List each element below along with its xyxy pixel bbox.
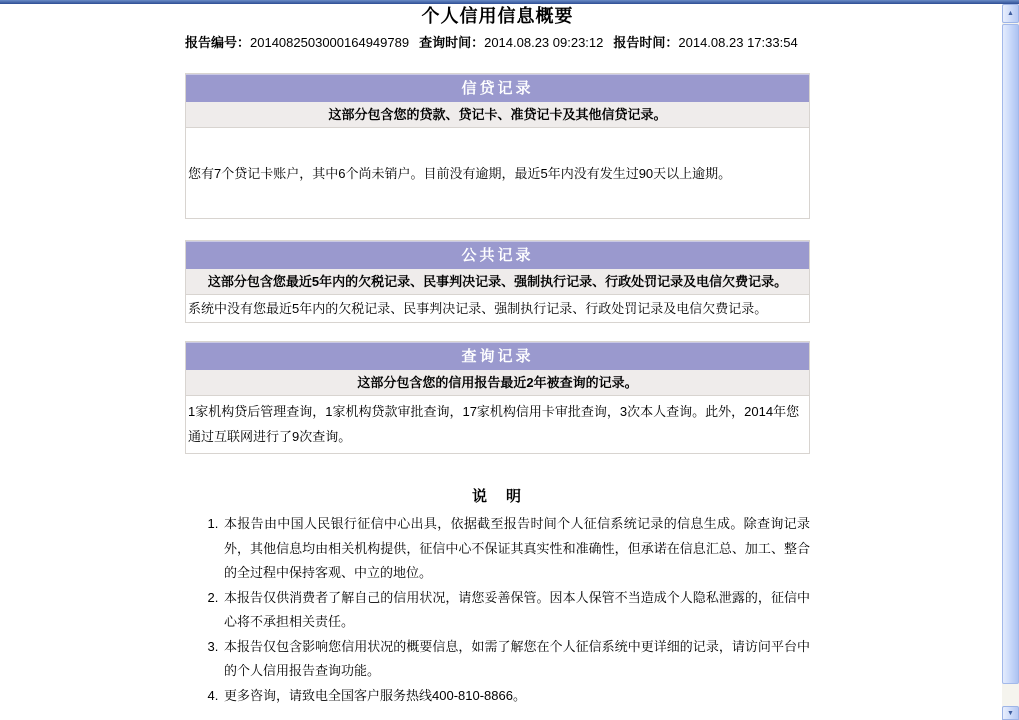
notes-list: 本报告由中国人民银行征信中心出具，依据截至报告时间个人征信系统记录的信息生成。除… — [185, 512, 810, 708]
section-query-records: 查询记录 这部分包含您的信用报告最近2年被查询的记录。 1家机构贷后管理查询，1… — [185, 341, 810, 454]
query-time-label: 查询时间： — [419, 35, 484, 50]
section-public-records-subtitle: 这部分包含您最近5年内的欠税记录、民事判决记录、强制执行记录、行政处罚记录及电信… — [186, 269, 809, 295]
section-public-records: 公共记录 这部分包含您最近5年内的欠税记录、民事判决记录、强制执行记录、行政处罚… — [185, 240, 810, 323]
scroll-down-button[interactable]: ▼ — [1002, 706, 1019, 716]
page-title: 个人信用信息概要 — [185, 5, 810, 27]
scroll-down-icon: ▼ — [1007, 710, 1014, 717]
vertical-scrollbar[interactable]: ▲ ▼ — [1002, 4, 1019, 716]
section-credit-records: 信贷记录 这部分包含您的贷款、贷记卡、准贷记卡及其他信贷记录。 您有7个贷记卡账… — [185, 73, 810, 219]
section-query-records-title: 查询记录 — [186, 342, 809, 370]
section-credit-records-body: 您有7个贷记卡账户，其中6个尚未销户。目前没有逾期，最近5年内没有发生过90天以… — [186, 128, 809, 218]
scrollbar-thumb[interactable] — [1002, 24, 1019, 684]
report-info-line: 报告编号：2014082503000164949789查询时间：2014.08.… — [185, 34, 810, 51]
section-credit-records-subtitle: 这部分包含您的贷款、贷记卡、准贷记卡及其他信贷记录。 — [186, 102, 809, 128]
scroll-up-button[interactable]: ▲ — [1002, 4, 1019, 23]
scroll-up-icon: ▲ — [1007, 10, 1014, 17]
note-item-2: 本报告仅供消费者了解自己的信用状况，请您妥善保管。因本人保管不当造成个人隐私泄露… — [222, 586, 810, 635]
section-query-records-body: 1家机构贷后管理查询，1家机构贷款审批查询，17家机构信用卡审批查询，3次本人查… — [186, 396, 809, 453]
notes-heading: 说 明 — [185, 487, 810, 507]
query-time-value: 2014.08.23 09:23:12 — [484, 35, 603, 50]
note-item-4: 更多咨询，请致电全国客户服务热线400-810-8866。 — [222, 684, 810, 709]
section-public-records-title: 公共记录 — [186, 241, 809, 269]
section-credit-records-title: 信贷记录 — [186, 74, 809, 102]
report-time-value: 2014.08.23 17:33:54 — [678, 35, 797, 50]
credit-report-page: 个人信用信息概要 报告编号：2014082503000164949789查询时间… — [185, 4, 810, 708]
note-item-3: 本报告仅包含影响您信用状况的概要信息，如需了解您在个人征信系统中更详细的记录，请… — [222, 635, 810, 684]
section-query-records-subtitle: 这部分包含您的信用报告最近2年被查询的记录。 — [186, 370, 809, 396]
report-no-label: 报告编号： — [185, 35, 250, 50]
credit-records-text: 您有7个贷记卡账户，其中6个尚未销户。目前没有逾期，最近5年内没有发生过90天以… — [188, 161, 731, 186]
note-item-1: 本报告由中国人民银行征信中心出具，依据截至报告时间个人征信系统记录的信息生成。除… — [222, 512, 810, 586]
report-no-value: 2014082503000164949789 — [250, 35, 409, 50]
section-public-records-body: 系统中没有您最近5年内的欠税记录、民事判决记录、强制执行记录、行政处罚记录及电信… — [186, 295, 809, 322]
report-time-label: 报告时间： — [613, 35, 678, 50]
